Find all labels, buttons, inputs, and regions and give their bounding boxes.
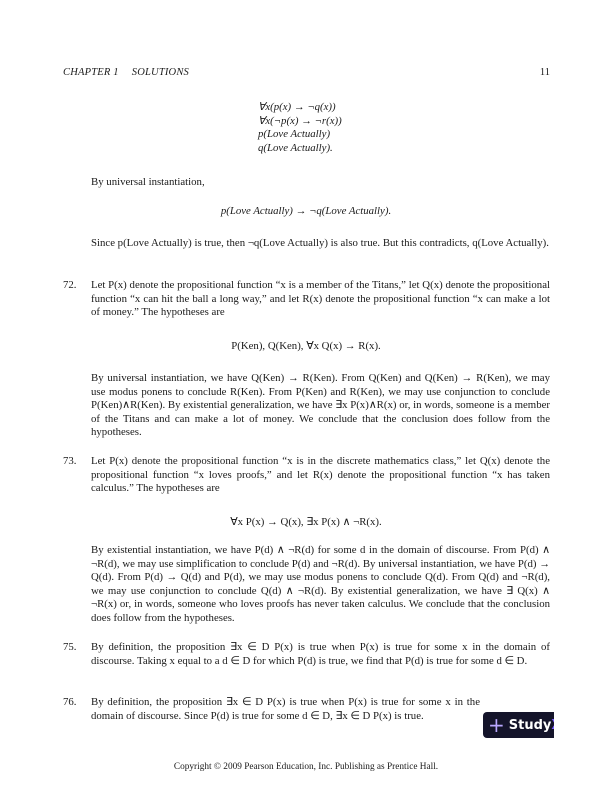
item-body: By definition, the proposition ∃x ∈ D P(… — [91, 696, 480, 723]
item-intro: Let P(x) denote the propositional functi… — [91, 455, 550, 496]
item-72-body: By universal instantiation, we have Q(Ke… — [91, 372, 550, 440]
running-header: CHAPTER 1SOLUTIONS 11 — [63, 67, 550, 78]
item-number: 72. — [63, 279, 89, 293]
chapter-label: CHAPTER 1 — [63, 67, 119, 78]
copyright-footer: Copyright © 2009 Pearson Education, Inc.… — [0, 762, 612, 772]
premise-list: ∀x(p(x) → ¬q(x)) ∀x(¬p(x) → ¬r(x)) p(Lov… — [258, 101, 342, 155]
item-73-hypotheses: ∀x P(x) → Q(x), ∃x P(x) ∧ ¬R(x). — [0, 515, 612, 528]
studyx-badge[interactable]: + StudyX — [483, 712, 554, 738]
plus-icon: + — [488, 715, 505, 735]
ui-intro: By universal instantiation, — [91, 176, 550, 190]
page-number: 11 — [540, 67, 550, 78]
item-intro: Let P(x) denote the propositional functi… — [91, 279, 550, 320]
solution-item-75: 75. By definition, the proposition ∃x ∈ … — [63, 641, 550, 668]
premise-line: ∀x(p(x) → ¬q(x)) — [258, 101, 342, 115]
solution-item-73: 73. Let P(x) denote the propositional fu… — [63, 455, 550, 496]
badge-label: Study — [509, 718, 552, 733]
document-page: CHAPTER 1SOLUTIONS 11 ∀x(p(x) → ¬q(x)) ∀… — [0, 0, 612, 792]
chapter-title: CHAPTER 1SOLUTIONS — [63, 67, 189, 78]
premise-line: ∀x(¬p(x) → ¬r(x)) — [258, 115, 342, 129]
contradiction-paragraph: Since p(Love Actually) is true, then ¬q(… — [91, 237, 550, 251]
item-body: By definition, the proposition ∃x ∈ D P(… — [91, 641, 550, 668]
item-number: 73. — [63, 455, 89, 469]
badge-label-accent: X — [551, 718, 554, 733]
premise-line: p(Love Actually) — [258, 128, 342, 142]
premise-line: q(Love Actually). — [258, 142, 342, 156]
solution-item-72: 72. Let P(x) denote the propositional fu… — [63, 279, 550, 320]
item-73-body: By existential instantiation, we have P(… — [91, 544, 550, 626]
solution-item-76: 76. By definition, the proposition ∃x ∈ … — [63, 696, 550, 723]
item-number: 75. — [63, 641, 89, 655]
item-72-hypotheses: P(Ken), Q(Ken), ∀x Q(x) → R(x). — [0, 339, 612, 352]
section-label: SOLUTIONS — [132, 67, 189, 78]
item-number: 76. — [63, 696, 89, 710]
ui-display-formula: p(Love Actually) → ¬q(Love Actually). — [0, 205, 612, 217]
